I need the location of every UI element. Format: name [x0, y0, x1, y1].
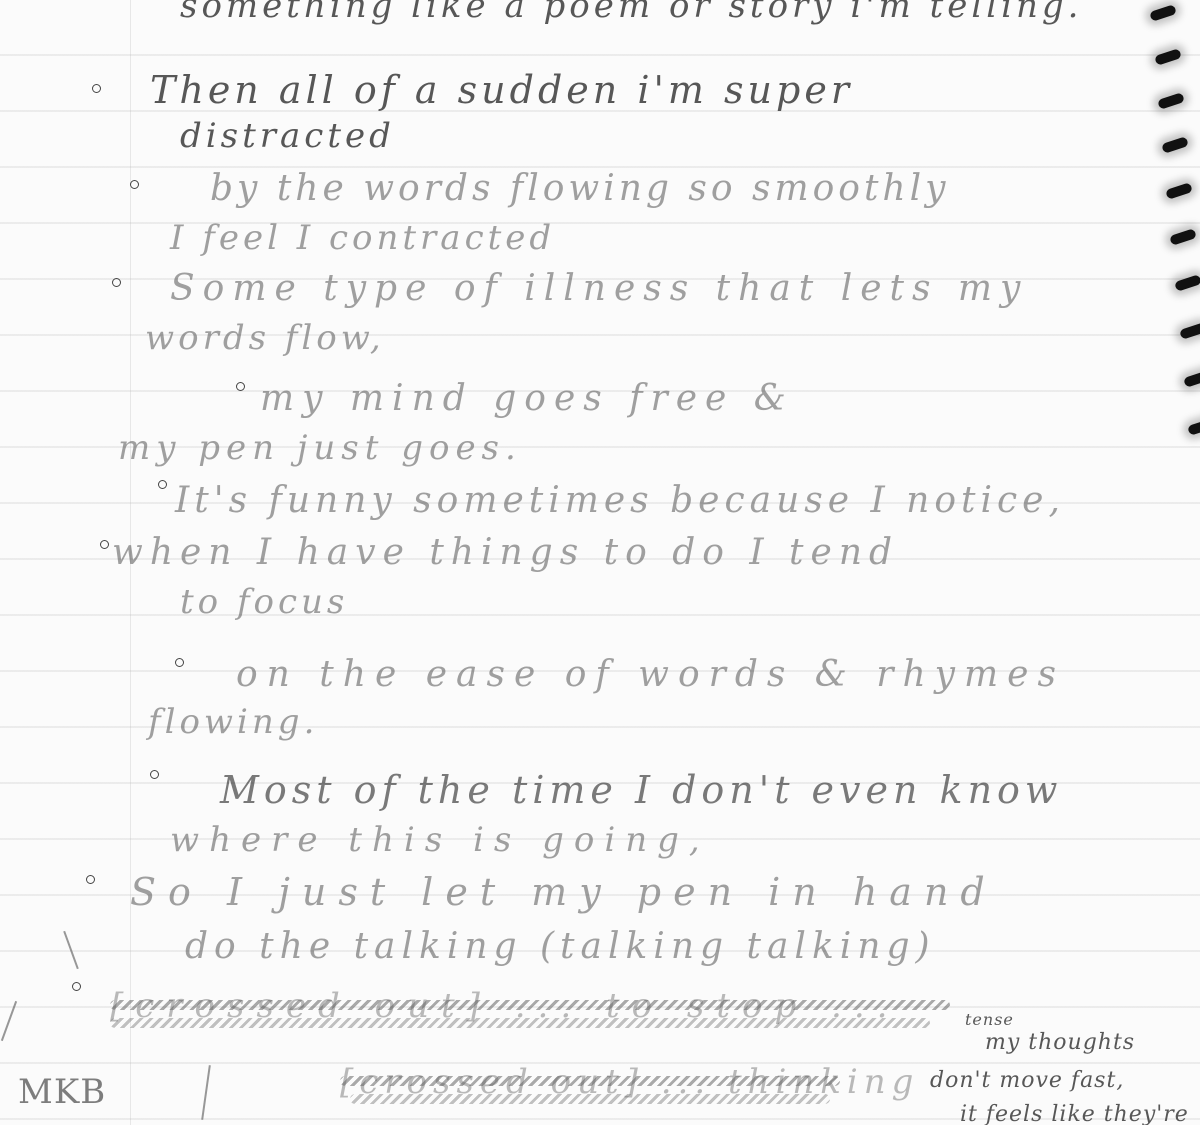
handwritten-line: it feels like they're: [960, 1102, 1189, 1125]
handwritten-line: my mind goes free &: [260, 378, 794, 419]
bullet-icon: [100, 540, 109, 549]
handwritten-line: words flow,: [145, 318, 385, 358]
margin-mark: [63, 931, 79, 969]
handwritten-line: on the ease of words & rhymes: [236, 654, 1065, 695]
handwritten-line: something like a poem or story i'm telli…: [180, 0, 1082, 26]
spiral-ring-icon: [1157, 92, 1185, 110]
initials: MKB: [18, 1072, 106, 1112]
spiral-ring-icon: [1149, 4, 1177, 22]
handwritten-line: my pen just goes.: [118, 428, 522, 468]
bullet-icon: [236, 382, 245, 391]
bullet-icon: [72, 982, 81, 991]
spiral-ring-icon: [1174, 274, 1200, 292]
bullet-icon: [130, 180, 139, 189]
handwritten-line: by the words flowing so smoothly: [210, 168, 949, 209]
notebook-page: something like a poem or story i'm telli…: [0, 0, 1200, 1125]
handwritten-line: where this is going,: [170, 820, 710, 860]
handwritten-line: distracted: [180, 116, 395, 156]
margin-mark: [201, 1065, 211, 1120]
spiral-ring-icon: [1183, 370, 1200, 388]
scribble-strike: [110, 1000, 950, 1010]
margin-mark: [1, 1001, 17, 1041]
handwritten-line: Then all of a sudden i'm super: [150, 68, 853, 112]
scribble-strike: [340, 1076, 840, 1086]
handwritten-line: So I just let my pen in hand: [130, 870, 997, 914]
handwritten-line: don't move fast,: [930, 1068, 1124, 1093]
bullet-icon: [158, 480, 167, 489]
handwritten-line: I feel I contracted: [170, 218, 555, 258]
handwritten-line: to focus: [180, 582, 348, 622]
scribble-strike: [110, 1018, 930, 1028]
spiral-ring-icon: [1161, 136, 1189, 154]
margin-note-tense: tense: [965, 1010, 1014, 1029]
handwritten-line: do the talking (talking talking): [185, 926, 936, 967]
handwritten-line: when I have things to do I tend: [112, 532, 899, 573]
handwritten-line: flowing.: [148, 702, 318, 742]
bullet-icon: [112, 278, 121, 287]
handwritten-line: Some type of illness that lets my: [170, 268, 1028, 309]
bullet-icon: [92, 84, 101, 93]
handwritten-line: Most of the time I don't even know: [220, 768, 1062, 812]
handwritten-line: my thoughts: [985, 1030, 1135, 1055]
spiral-ring-icon: [1187, 418, 1200, 436]
bullet-icon: [175, 658, 184, 667]
scribble-strike: [350, 1094, 830, 1104]
spiral-ring-icon: [1165, 182, 1193, 200]
spiral-ring-icon: [1169, 228, 1197, 246]
spiral-ring-icon: [1179, 322, 1200, 340]
bullet-icon: [86, 875, 95, 884]
bullet-icon: [150, 770, 159, 779]
spiral-ring-icon: [1154, 48, 1182, 66]
handwritten-line: It's funny sometimes because I notice,: [175, 480, 1065, 521]
